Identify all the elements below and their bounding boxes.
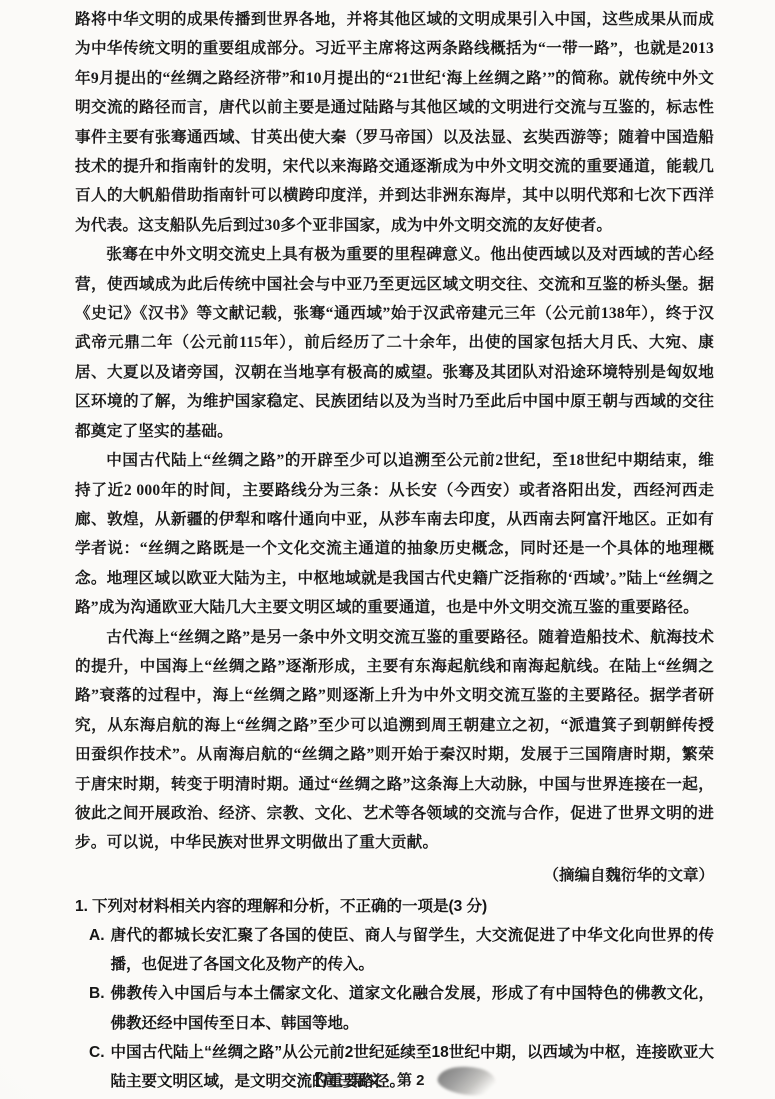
option-A: A.唐代的都城长安汇聚了各国的使臣、商人与留学生，大交流促进了中华文化向世界的传… bbox=[89, 921, 714, 979]
question-number: 1. bbox=[75, 892, 88, 921]
source-attribution: （摘编自魏衍华的文章） bbox=[75, 861, 714, 891]
footer-label: 【高三语文 第 2 bbox=[307, 1072, 425, 1089]
option-text: 唐代的都城长安汇聚了各国的使臣、商人与留学生，大交流促进了中华文化向世界的传播，… bbox=[111, 921, 715, 979]
passage-paragraph: 路将中华文明的成果传播到世界各地，并将其他区域的文明成果引入中国，这些成果从而成… bbox=[75, 5, 714, 240]
passage-paragraph: 古代海上“丝绸之路”是另一条中外文明交流互鉴的重要路径。随着造船技术、航海技术的… bbox=[75, 623, 714, 858]
option-B: B.佛教传入中国后与本土儒家文化、道家文化融合发展，形成了有中国特色的佛教文化，… bbox=[89, 979, 714, 1037]
question-stem: 下列对材料相关内容的理解和分析，不正确的一项是(3 分) bbox=[92, 892, 714, 921]
page-footer: 【高三语文 第 2 bbox=[307, 1070, 425, 1092]
question-stem-row: 1. 下列对材料相关内容的理解和分析，不正确的一项是(3 分) bbox=[75, 892, 714, 921]
option-label: A. bbox=[89, 921, 105, 979]
exam-page: 路将中华文明的成果传播到世界各地，并将其他区域的文明成果引入中国，这些成果从而成… bbox=[0, 0, 775, 1099]
option-label: B. bbox=[89, 979, 105, 1037]
page-content: 路将中华文明的成果传播到世界各地，并将其他区域的文明成果引入中国，这些成果从而成… bbox=[75, 5, 714, 1096]
passage-paragraph: 中国古代陆上“丝绸之路”的开辟至少可以追溯至公元前2世纪，至18世纪中期结束，维… bbox=[75, 446, 714, 622]
option-label: C. bbox=[89, 1038, 105, 1096]
option-text: 佛教传入中国后与本土儒家文化、道家文化融合发展，形成了有中国特色的佛教文化，佛教… bbox=[111, 979, 715, 1037]
reading-passage: 路将中华文明的成果传播到世界各地，并将其他区域的文明成果引入中国，这些成果从而成… bbox=[75, 5, 714, 858]
question-1: 1. 下列对材料相关内容的理解和分析，不正确的一项是(3 分) A.唐代的都城长… bbox=[75, 892, 714, 1096]
passage-paragraph: 张骞在中外文明交流史上具有极为重要的里程碑意义。他出使西域以及对西域的苦心经营，… bbox=[75, 240, 714, 446]
